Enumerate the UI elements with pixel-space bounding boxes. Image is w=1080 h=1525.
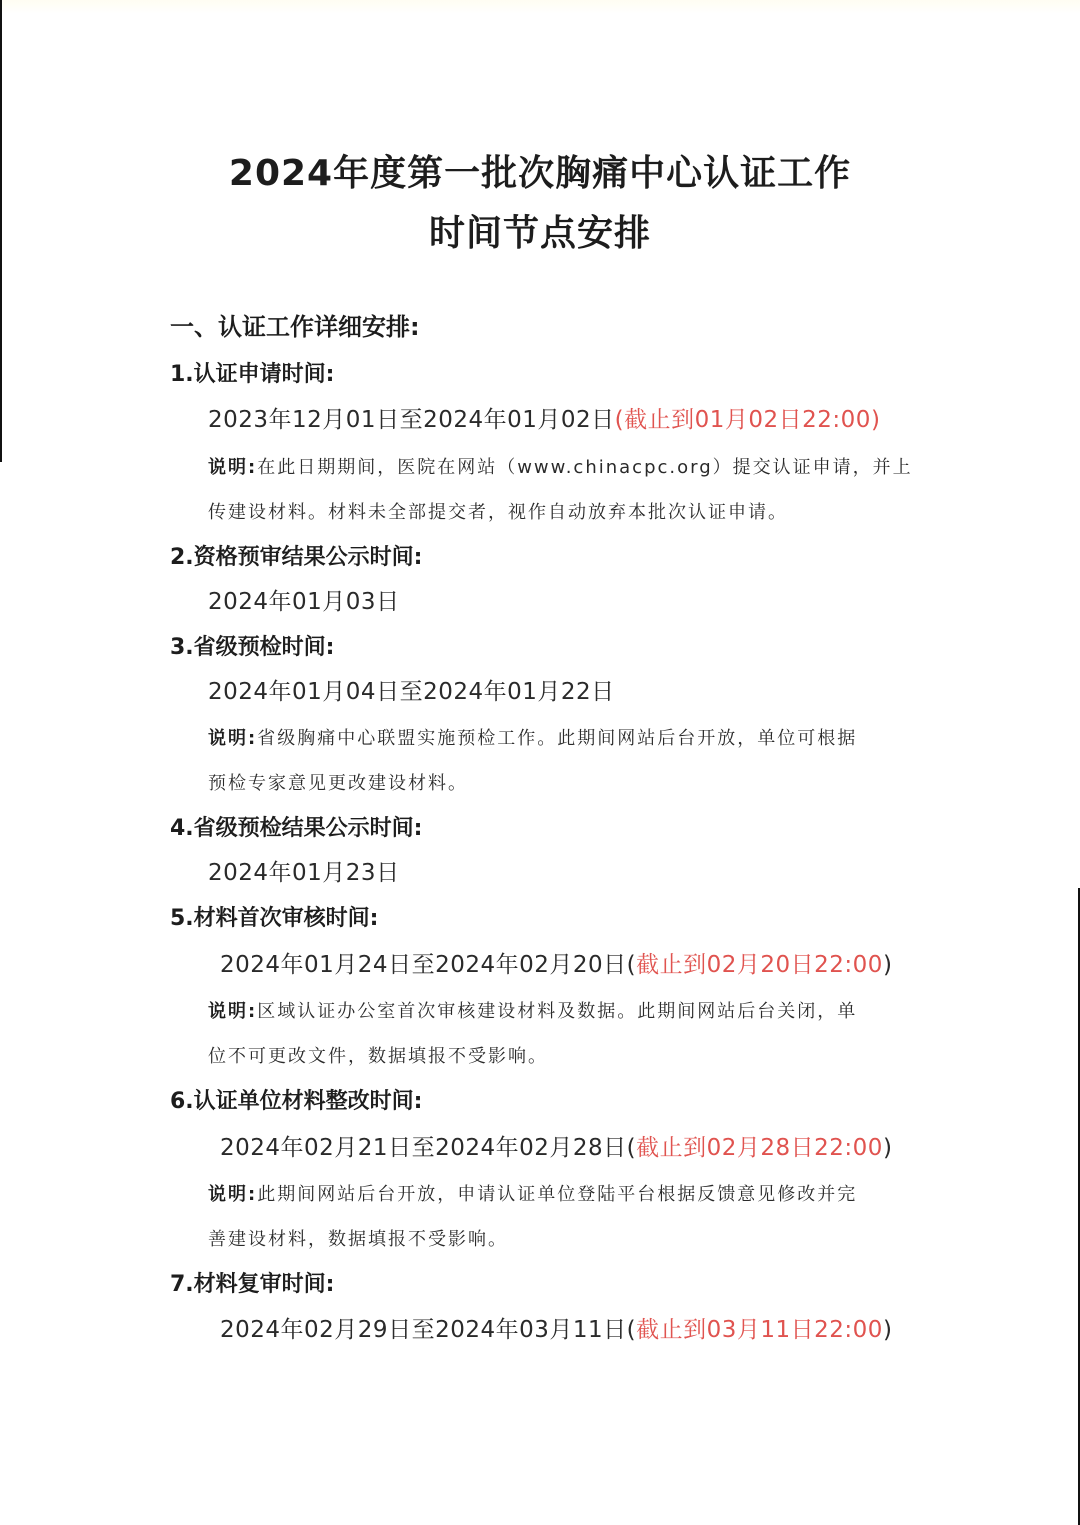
item-7-deadline: 截止到03月11日22:00 — [636, 1317, 883, 1343]
item-6-note-text1: 此期间网站后台开放，申请认证单位登陆平台根据反馈意见修改并完 — [257, 1184, 857, 1205]
item-1-note-line1: 说明:在此日期期间，医院在网站（www.chinacpc.org）提交认证申请，… — [208, 455, 913, 481]
item-7-date: 2024年02月29日至2024年03月11日 — [220, 1317, 627, 1343]
item-3-note-line2: 预检专家意见更改建设材料。 — [208, 771, 468, 797]
section-heading: 一、认证工作详细安排: — [170, 312, 420, 342]
item-5-date: 2024年01月24日至2024年02月20日 — [220, 952, 627, 978]
item-5-note-line2: 位不可更改文件，数据填报不受影响。 — [208, 1044, 548, 1070]
item-4-heading: 4.省级预检结果公示时间: — [170, 814, 422, 844]
item-6-date: 2024年02月21日至2024年02月28日 — [220, 1135, 627, 1161]
item-6-date-row: 2024年02月21日至2024年02月28日(截止到02月28日22:00) — [220, 1133, 892, 1163]
item-1-deadline: 截止到01月02日22:00 — [624, 407, 871, 433]
note-label: 说明: — [208, 1001, 257, 1022]
note-label: 说明: — [208, 457, 257, 478]
item-6-note-line1: 说明:此期间网站后台开放，申请认证单位登陆平台根据反馈意见修改并完 — [208, 1182, 857, 1208]
item-1-heading: 1.认证申请时间: — [170, 360, 334, 390]
item-1-note-text1: 在此日期期间，医院在网站（www.chinacpc.org）提交认证申请，并上 — [257, 457, 912, 478]
item-3-note-text1: 省级胸痛中心联盟实施预检工作。此期间网站后台开放，单位可根据 — [257, 728, 857, 749]
item-2-date: 2024年01月03日 — [208, 587, 400, 617]
item-3-heading: 3.省级预检时间: — [170, 633, 334, 663]
item-7-heading: 7.材料复审时间: — [170, 1270, 334, 1300]
item-1-date: 2023年12月01日至2024年01月02日 — [208, 407, 615, 433]
item-6-deadline: 截止到02月28日22:00 — [636, 1135, 883, 1161]
item-6-note-line2: 善建设材料，数据填报不受影响。 — [208, 1227, 508, 1253]
note-label: 说明: — [208, 728, 257, 749]
item-5-heading: 5.材料首次审核时间: — [170, 904, 378, 934]
item-1-date-row: 2023年12月01日至2024年01月02日(截止到01月02日22:00) — [208, 405, 880, 435]
item-6-deadline-open: ( — [627, 1135, 636, 1161]
note-label: 说明: — [208, 1184, 257, 1205]
item-7-deadline-close: ) — [883, 1317, 892, 1343]
item-1-deadline-close: ) — [871, 407, 880, 433]
item-5-date-row: 2024年01月24日至2024年02月20日(截止到02月20日22:00) — [220, 950, 892, 980]
item-6-deadline-close: ) — [883, 1135, 892, 1161]
item-5-note-text1: 区域认证办公室首次审核建设材料及数据。此期间网站后台关闭，单 — [257, 1001, 857, 1022]
item-2-heading: 2.资格预审结果公示时间: — [170, 543, 422, 573]
document-title-line1: 2024年度第一批次胸痛中心认证工作 — [0, 152, 1080, 196]
item-7-date-row: 2024年02月29日至2024年03月11日(截止到03月11日22:00) — [220, 1315, 892, 1345]
scan-artifact-top — [0, 0, 1080, 14]
item-1-note-line2: 传建设材料。材料未全部提交者，视作自动放弃本批次认证申请。 — [208, 500, 788, 526]
item-5-deadline-close: ) — [883, 952, 892, 978]
item-5-deadline-open: ( — [627, 952, 636, 978]
document-title-line2: 时间节点安排 — [0, 212, 1080, 256]
item-1-deadline-open: ( — [615, 407, 624, 433]
item-4-date: 2024年01月23日 — [208, 858, 400, 888]
item-3-date: 2024年01月04日至2024年01月22日 — [208, 677, 615, 707]
item-7-deadline-open: ( — [627, 1317, 636, 1343]
item-6-heading: 6.认证单位材料整改时间: — [170, 1087, 422, 1117]
item-5-note-line1: 说明:区域认证办公室首次审核建设材料及数据。此期间网站后台关闭，单 — [208, 999, 857, 1025]
item-5-deadline: 截止到02月20日22:00 — [636, 952, 883, 978]
item-3-note-line1: 说明:省级胸痛中心联盟实施预检工作。此期间网站后台开放，单位可根据 — [208, 726, 857, 752]
